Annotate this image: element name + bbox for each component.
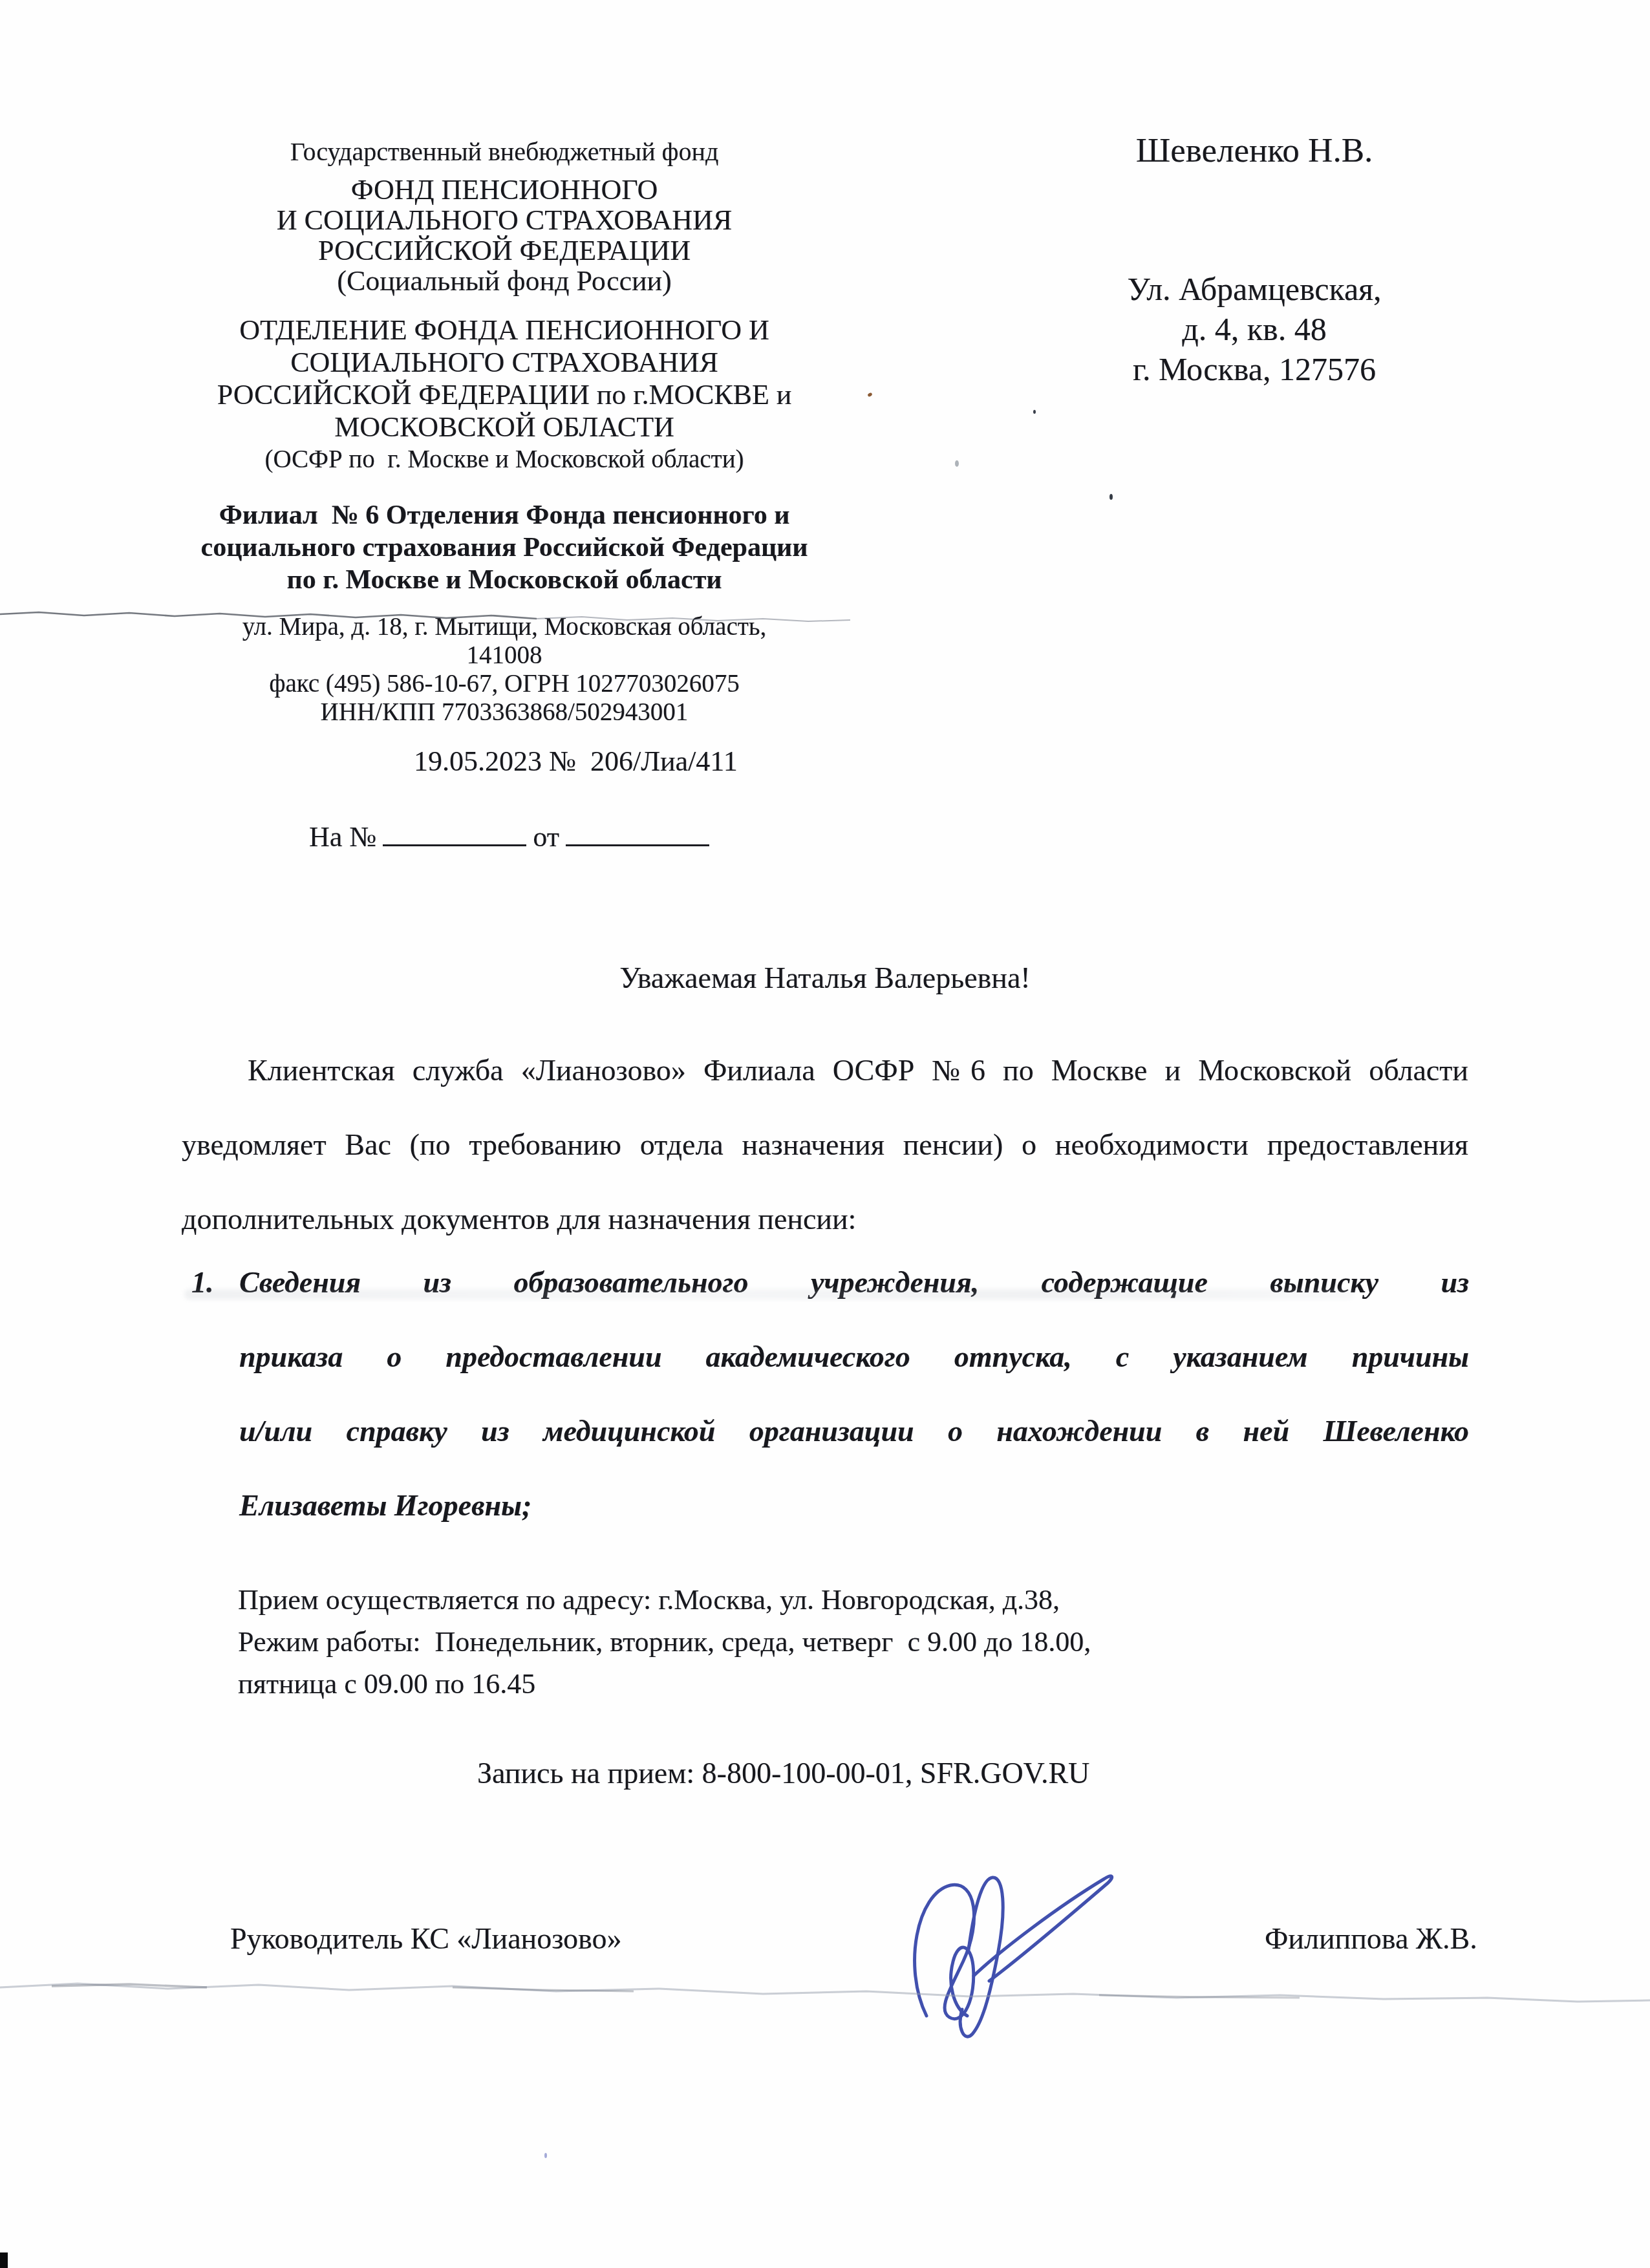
- scan-speck: [867, 392, 873, 398]
- sender-division: ОТДЕЛЕНИЕ ФОНДА ПЕНСИОННОГО И СОЦИАЛЬНОГ…: [187, 314, 821, 476]
- recipient-name: Шевеленко Н.В.: [1009, 131, 1500, 170]
- sender-type-line: Государственный внебюджетный фонд: [187, 137, 821, 167]
- reference-from-label: от: [533, 821, 559, 853]
- list-item-line: Елизаветы Игоревны;: [239, 1468, 1469, 1543]
- sender-inn-kpp: ИНН/КПП 7703363868/502943001: [187, 698, 821, 727]
- salutation: Уважаемая Наталья Валерьевна!: [182, 961, 1468, 995]
- sender-org-line: И СОЦИАЛЬНОГО СТРАХОВАНИЯ: [187, 205, 821, 235]
- crease-line-top: [0, 605, 853, 627]
- reception-hours-line: Режим работы: Понедельник, вторник, сред…: [238, 1621, 1091, 1663]
- scan-speck: [955, 460, 959, 467]
- letter-page: Государственный внебюджетный фонд ФОНД П…: [0, 0, 1650, 2268]
- sender-division-line: СОЦИАЛЬНОГО СТРАХОВАНИЯ: [187, 347, 821, 379]
- appointment-line: Запись на прием: 8-800-100-00-01, SFR.GO…: [477, 1756, 1089, 1790]
- scan-speck: [1033, 410, 1036, 414]
- list-item-line: и/или справку из медицинской организации…: [239, 1394, 1469, 1468]
- crease-line-bottom: [0, 1969, 1650, 2027]
- reception-friday-line: пятница с 09.00 по 16.45: [238, 1663, 1091, 1705]
- sender-branch-line: социального страхования Российской Федер…: [187, 531, 821, 564]
- sender-postcode: 141008: [187, 641, 821, 670]
- sender-org-line: РОССИЙСКОЙ ФЕДЕРАЦИИ: [187, 235, 821, 266]
- signer-name: Филиппова Ж.В.: [1265, 1921, 1477, 1956]
- paragraph-line: Клиентская служба «Лианозово» Филиала ОС…: [182, 1033, 1468, 1107]
- list-item-number: 1.: [191, 1245, 214, 1320]
- paragraph-line: уведомляет Вас (по требованию отдела наз…: [182, 1107, 1468, 1182]
- recipient-street: Ул. Абрамцевская,: [1009, 269, 1500, 309]
- sender-contacts: ул. Мира, д. 18, г. Мытищи, Московская о…: [187, 613, 821, 727]
- scan-speck: [1109, 494, 1113, 500]
- sender-division-abbrev: (ОСФР по г. Москве и Московской области): [187, 444, 821, 476]
- signer-title: Руководитель КС «Лианозово»: [230, 1921, 622, 1956]
- intro-paragraph: Клиентская служба «Лианозово» Филиала ОС…: [182, 1033, 1468, 1256]
- corner-mark: [0, 2252, 8, 2268]
- recipient-city: г. Москва, 127576: [1009, 349, 1500, 389]
- sender-branch-line: Филиал № 6 Отделения Фонда пенсионного и: [187, 499, 821, 531]
- sender-division-line: РОССИЙСКОЙ ФЕДЕРАЦИИ по г.МОСКВЕ и: [187, 379, 821, 411]
- recipient-address: Ул. Абрамцевская, д. 4, кв. 48 г. Москва…: [1009, 269, 1500, 389]
- reference-blank-number: [383, 813, 526, 846]
- sender-org-line: ФОНД ПЕНСИОННОГО: [187, 175, 821, 205]
- sender-fax-ogrn: факс (495) 586-10-67, ОГРН 1027703026075: [187, 670, 821, 698]
- sender-branch-line: по г. Москве и Московской области: [187, 564, 821, 596]
- sender-division-line: ОТДЕЛЕНИЕ ФОНДА ПЕНСИОННОГО И: [187, 314, 821, 347]
- sender-branch: Филиал № 6 Отделения Фонда пенсионного и…: [187, 499, 821, 596]
- sender-org-line: (Социальный фонд России): [187, 266, 821, 296]
- reference-line: На №от: [309, 813, 716, 853]
- outgoing-number-line: 19.05.2023 № 206/Лиа/411: [414, 745, 738, 778]
- list-item-line: приказа о предоставлении академического …: [239, 1320, 1469, 1394]
- reception-address-line: Прием осуществляется по адресу: г.Москва…: [238, 1579, 1091, 1621]
- scan-smear: [184, 1289, 1355, 1300]
- reference-blank-date: [566, 813, 709, 846]
- scan-speck: [544, 2153, 547, 2158]
- sender-division-line: МОСКОВСКОЙ ОБЛАСТИ: [187, 411, 821, 444]
- reference-label: На №: [309, 821, 376, 853]
- recipient-house: д. 4, кв. 48: [1009, 309, 1500, 349]
- reception-info: Прием осуществляется по адресу: г.Москва…: [238, 1579, 1091, 1705]
- list-item-line: Сведения из образовательного учреждения,…: [239, 1245, 1469, 1320]
- sender-org-name: ФОНД ПЕНСИОННОГО И СОЦИАЛЬНОГО СТРАХОВАН…: [187, 175, 821, 296]
